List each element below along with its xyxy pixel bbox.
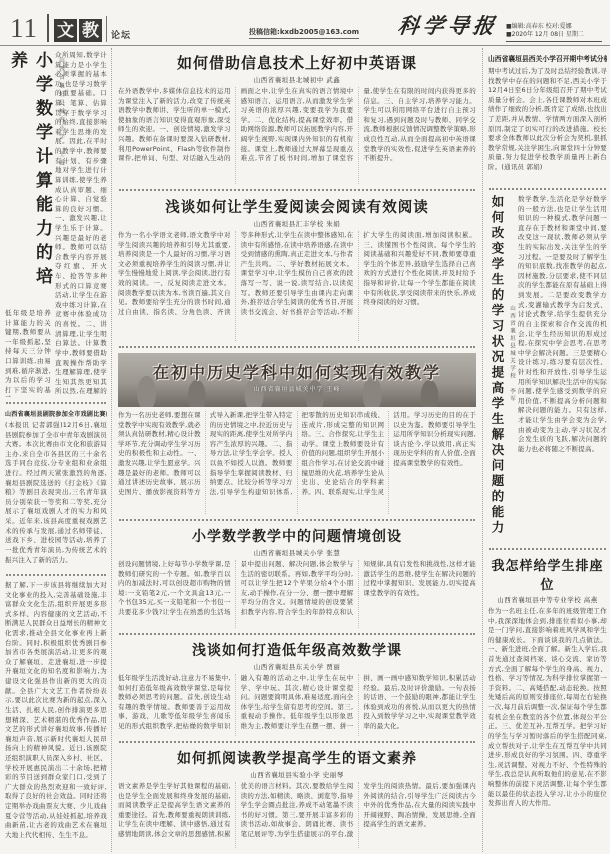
article-body: 作为一名班主任,在多年的班级管理工作中,我深深地体会到,排座位看似小事,却是一门… xyxy=(488,607,607,852)
submission-email: 投稿信箱:kxdb2005@163.com xyxy=(249,27,359,39)
page-content: 小学数学计算能力的培养 山西省襄垣县城内小学 王霞 低年级是培养计算能力的关键期… xyxy=(0,46,610,852)
article-body: 数学教学,生活化是学好数学的一般方法,也是让学生活用知识的一种模式,教学问题一直… xyxy=(518,195,607,543)
history-banner-image: 在初中历史学科中如何实现有效教学 山西省襄垣县城关中学 王峰 xyxy=(118,353,476,407)
dotted-divider xyxy=(489,188,606,190)
left-article-calculation: 小学数学计算能力的培养 山西省襄垣县城内小学 王霞 低年级是培养计算能力的关键期… xyxy=(5,51,107,397)
date-line: ■2020年 12月 08日 星期二 xyxy=(506,31,602,39)
vertical-article-title: 如何改变学生的学习状况提高学生解决问题的能力 xyxy=(488,195,506,543)
dotted-divider xyxy=(119,519,475,521)
article-title: 如何抓阅读教学提高学生的语文素养 xyxy=(118,748,476,768)
article-body: 创设问题情境,上好每节小学数学课,是教师们研究的一个专题。如,教学百以内的加减法… xyxy=(118,560,476,628)
masthead-logo: 科学导报 xyxy=(396,10,500,40)
header-divider-thin xyxy=(106,16,107,42)
article-byline: 山西省襄垣县城关小学 张慧 xyxy=(118,548,476,557)
article-byline: 山西省襄垣县中等专业学校 高燕 xyxy=(488,595,607,604)
article-title: 我怎样给学生排座位 xyxy=(488,555,607,593)
article-reading-literacy: 如何抓阅读教学提高学生的语文素养 山西省襄垣县实验小学 史丽琴 语文素养是学生学… xyxy=(118,748,476,848)
dotted-divider xyxy=(6,402,106,404)
article-byline: 山西省襄垣县东关小学 贾丽 xyxy=(118,662,476,671)
article-byline: 山西省襄垣县北城初中 武鑫 xyxy=(118,75,476,84)
article-body: 作为一名小学语文老师,语文教学中对学生阅读兴趣的培养和引导尤其重要,培养阅读是一… xyxy=(118,231,476,341)
article-title: 如何借助信息技术上好初中英语课 xyxy=(118,52,476,73)
article-math-situations: 小学数学教学中的问题情境创设 山西省襄垣县城关小学 张慧 创设问题情境,上好每节… xyxy=(118,526,476,628)
article-title: 浅谈如何让学生爱阅读会阅读有效阅读 xyxy=(118,196,476,217)
section-char-jiao: 教 xyxy=(79,19,102,42)
article-body: 作为一名历史老师,要想在课堂教学中实现有效教学,就必须认真钻研教材,精心设计教学… xyxy=(118,411,476,514)
right-rail: 山西省襄垣县西关小学召开期中考试分析会 期中考试过后,为了及时总结经验教训,寻找… xyxy=(483,48,607,852)
center-column: 如何借助信息技术上好初中英语课 山西省襄垣县北城初中 武鑫 在外语教学中,多媒体… xyxy=(111,48,483,852)
section-char-wen: 文 xyxy=(54,19,77,42)
left-news-headline: 山西省襄垣县剧院参加全市戏剧比赛成绩 xyxy=(5,409,107,418)
article-seating: 我怎样给学生排座位 山西省襄垣县中等专业学校 高燕 作为一名班主任,在多年的班级… xyxy=(488,555,607,852)
article-body: 在外语教学中,多媒体信息技术的运用为课堂注入了新的活力,改变了传统英语教学中教师… xyxy=(118,87,476,184)
right-news-body: 期中考试过后,为了及时总结经验教训,寻找教学中存在的问题和不足,西关小学于12月… xyxy=(488,67,607,183)
left-rail: 小学数学计算能力的培养 山西省襄垣县城内小学 王霞 低年级是培养计算能力的关键期… xyxy=(5,48,111,852)
dotted-divider xyxy=(119,741,475,743)
vertical-article-byline: 山西省襄垣县城关学校 李军 xyxy=(508,305,516,505)
section-subtitle: 论坛 xyxy=(111,28,131,41)
article-byline: 山西省襄垣县汇丰学校 朱娟 xyxy=(118,219,476,228)
left-article-title-block: 小学数学计算能力的培养 山西省襄垣县城内小学 王霞 低年级是培养计算能力的关键期… xyxy=(5,51,51,397)
banner-byline: 山西省襄垣县城关中学 王峰 xyxy=(118,384,476,393)
article-body: 低年级是培养计算能力的关键期,教师要从一年级抓起,坚持每天三分钟口算训练,由易到… xyxy=(5,309,51,397)
dotted-divider xyxy=(119,633,475,635)
section-logo: 文 教 xyxy=(54,19,102,42)
left-news-body-continued: 据了解,下一步该县将继续加大对文化事业的投入,完善基础设施,丰富群众文化生活,组… xyxy=(5,581,107,846)
article-body: 众所周知,数学计算能力是小学生必须掌握的基本功,也是学习数学的重要基础。口算、笔… xyxy=(55,51,107,397)
article-body: 低年级学生活泼好动,注意力不易集中,如何打造低年级高效数学课堂,是每位教师必须思… xyxy=(118,674,476,736)
page-header: 11 文 教 论坛 投稿信箱:kxdb2005@163.com 科学导报 ■编辑… xyxy=(0,0,610,46)
page-number: 11 xyxy=(10,15,38,42)
article-history-teaching: 在初中历史学科中如何实现有效教学 山西省襄垣县城关中学 王峰 作为一名历史老师,… xyxy=(118,353,476,514)
article-title: 小学数学教学中的问题情境创设 xyxy=(118,526,476,546)
article-lowgrade-math: 浅谈如何打造低年级高效数学课 山西省襄垣县东关小学 贾丽 低年级学生活泼好动,注… xyxy=(118,640,476,736)
header-divider xyxy=(47,14,49,42)
article-body: 语文素养是学生学好其他课程的基础,也是学生全面发展和终身发展的基础,而阅读教学正… xyxy=(118,782,476,848)
left-news-body: (本报讯 记者郭强)12月6日,襄垣县剧院参加了全市中青年戏剧演员大赛。本次比赛… xyxy=(5,421,107,569)
right-news-exam-analysis: 山西省襄垣县西关小学召开期中考试分析会 期中考试过后,为了及时总结经验教训,寻找… xyxy=(488,53,607,183)
masthead-area: 科学导报 ■编辑:高春东 校对:爱娜 ■2020年 12月 08日 星期二 xyxy=(398,10,602,42)
article-learning-status: 如何改变学生的学习状况提高学生解决问题的能力 山西省襄垣县城关学校 李军 数学教… xyxy=(488,195,607,543)
article-title: 浅谈如何打造低年级高效数学课 xyxy=(118,640,476,660)
article-love-reading: 浅谈如何让学生爱阅读会阅读有效阅读 山西省襄垣县汇丰学校 朱娟 作为一名小学语文… xyxy=(118,196,476,341)
dotted-divider xyxy=(119,189,475,191)
banner-title: 在初中历史学科中如何实现有效教学 xyxy=(118,360,476,383)
right-news-headline: 山西省襄垣县西关小学召开期中考试分析会 xyxy=(488,53,607,63)
editor-line: ■编辑:高春东 校对:爱娜 xyxy=(506,23,602,31)
edition-info: ■编辑:高春东 校对:爱娜 ■2020年 12月 08日 星期二 xyxy=(506,23,602,42)
vertical-article-title: 小学数学计算能力的培养 xyxy=(5,51,55,309)
dotted-divider xyxy=(119,346,475,348)
dotted-divider xyxy=(489,548,606,550)
left-article-title-row: 小学数学计算能力的培养 山西省襄垣县城内小学 王霞 xyxy=(5,51,51,309)
article-english-it: 如何借助信息技术上好初中英语课 山西省襄垣县北城初中 武鑫 在外语教学中,多媒体… xyxy=(118,52,476,184)
dotted-divider xyxy=(6,574,106,576)
newspaper-page: 11 文 教 论坛 投稿信箱:kxdb2005@163.com 科学导报 ■编辑… xyxy=(0,0,610,854)
article-byline: 山西省襄垣县实验小学 史丽琴 xyxy=(118,770,476,779)
